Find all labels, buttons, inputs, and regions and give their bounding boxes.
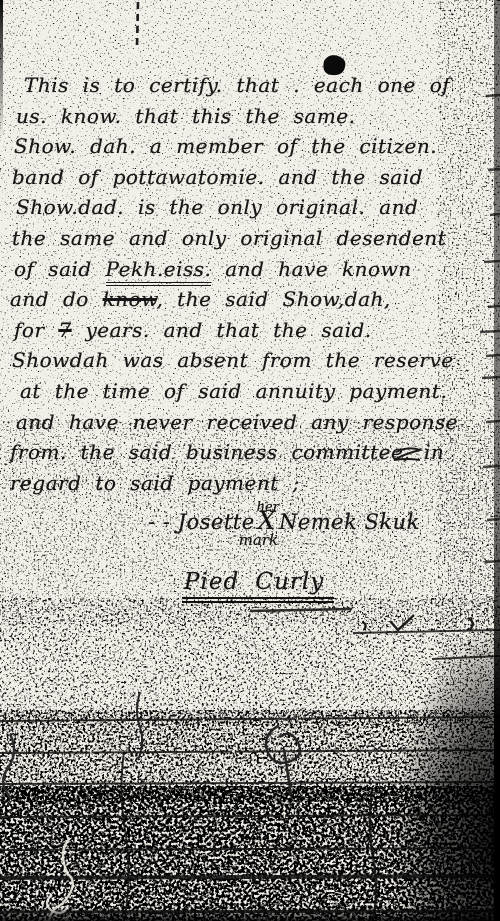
letter-line-1: This is to certify. that . each one of [10, 70, 486, 101]
top-dashed-mark [137, 2, 138, 47]
line-9-post: years. and that the said. [72, 318, 372, 342]
her-annotation: her [257, 495, 279, 521]
left-edge-shadow [0, 0, 3, 140]
line-7-pre: of said [14, 257, 106, 281]
line-8-post: , the said Show,dah, [156, 287, 390, 311]
letter-line-2: us. know. that this the same. [10, 101, 486, 132]
crossed-numeral-7: 7 [58, 318, 71, 342]
letter-line-8: and do know, the said Show,dah, [10, 284, 486, 315]
bottom-squiggles [3, 692, 376, 921]
letter-body: This is to certify. that . each one of u… [10, 70, 486, 595]
letter-line-14: regard to said payment ; [10, 468, 486, 499]
letter-line-5: Show.dad. is the only original. and [10, 192, 486, 223]
line-8-pre: and do [10, 287, 103, 311]
underlined-name-pekh-eiss: Pekh.eiss. [106, 257, 212, 286]
second-signature-name: Pied Curly [182, 569, 334, 603]
signature-x-mark: herXmark [255, 508, 279, 534]
signature-dashes: - - [148, 510, 170, 534]
signature-line: - - JosetteherXmarkNemek Skuk [148, 508, 486, 535]
letter-line-4: band of pottawatomie. and the said [10, 162, 486, 193]
signature-surname: Nemek Skuk [279, 510, 420, 534]
second-signature-line: Pied Curly [182, 569, 486, 595]
letter-line-12: and have never received any response [10, 407, 486, 438]
letter-line-9: for 7 years. and that the said. [10, 315, 486, 346]
scanned-letter-page: This is to certify. that . each one of u… [0, 0, 500, 921]
letter-line-6: the same and only original desendent [10, 223, 486, 254]
line-9-pre: for [14, 318, 58, 342]
bottom-edge-shadow [0, 907, 500, 921]
mark-annotation: mark [239, 527, 278, 553]
letter-line-13: from. the said business committee, in [10, 437, 486, 468]
letter-line-11: at the time of said annuity payment. [10, 376, 486, 407]
struck-word-know: know [103, 287, 157, 311]
corner-shadow [390, 621, 500, 921]
line-7-post: and have known [211, 257, 411, 281]
letter-line-10: Showdah was absent from the reserve [10, 345, 486, 376]
letter-line-3: Show. dah. a member of the citizen. [10, 131, 486, 162]
letter-line-7: of said Pekh.eiss. and have known [10, 254, 486, 285]
